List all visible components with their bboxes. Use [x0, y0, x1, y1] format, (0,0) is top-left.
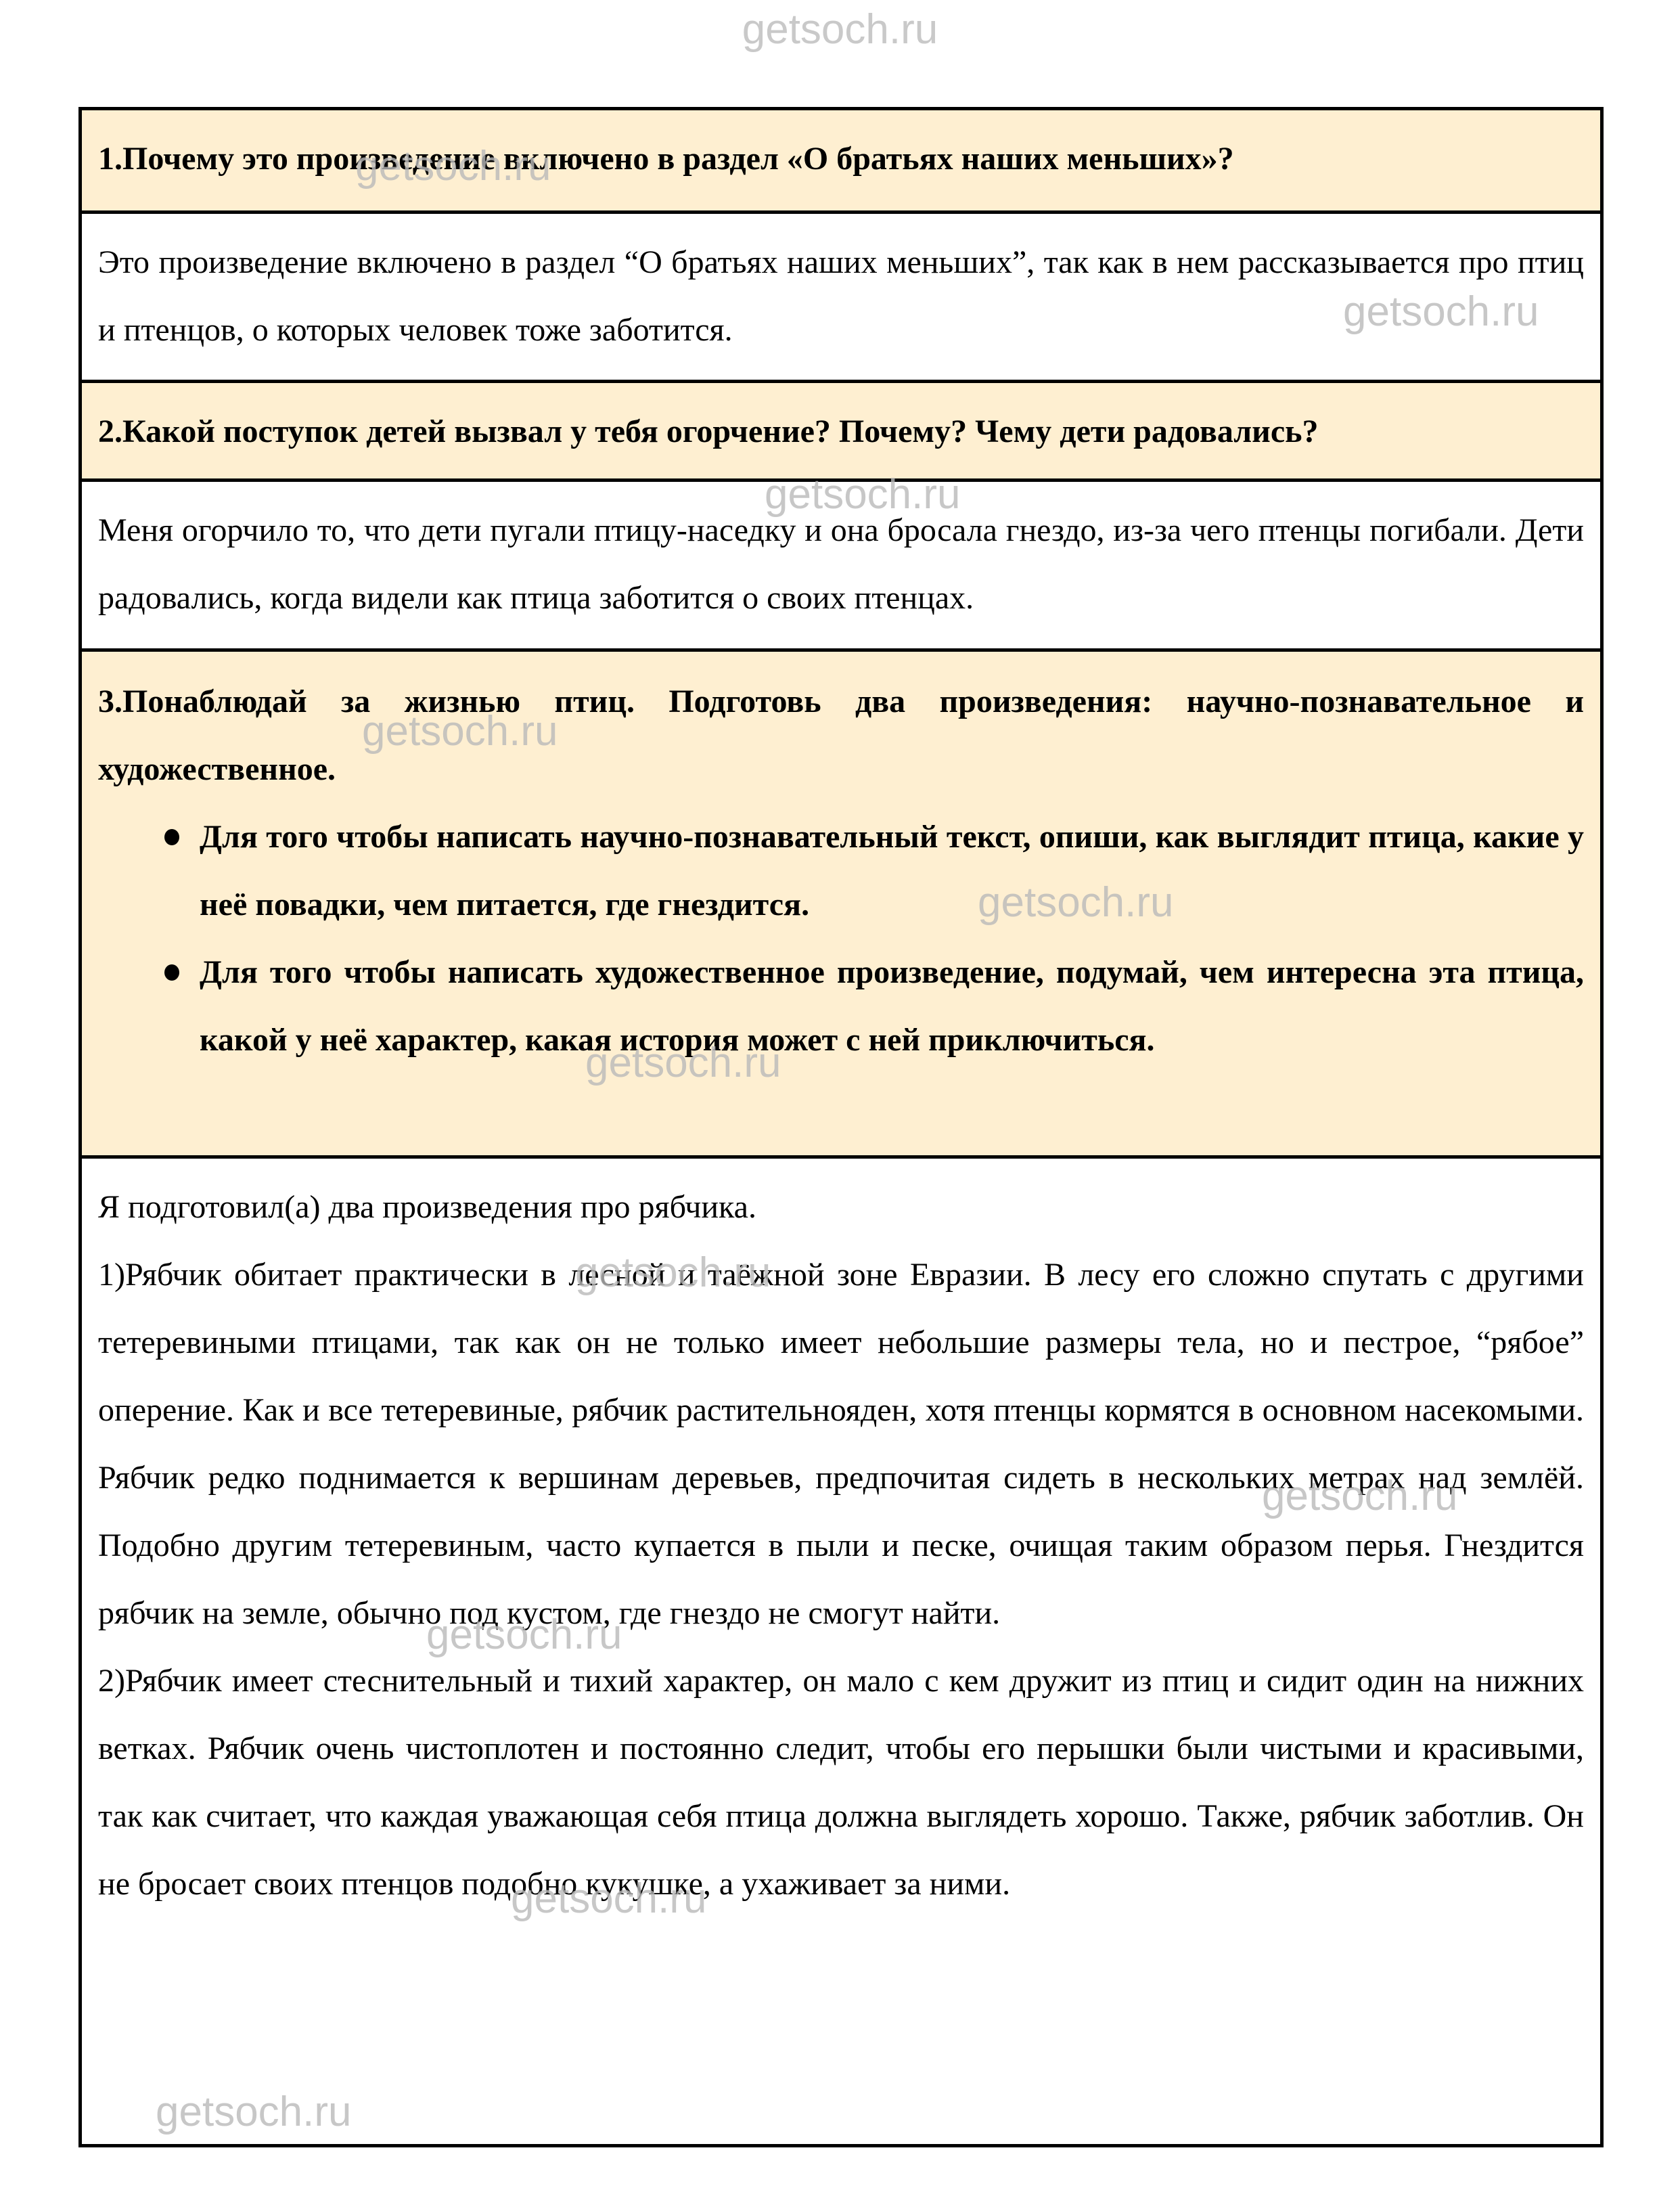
answer-row-1: Это произведение включено в раздел “О бр… — [82, 210, 1600, 380]
answer-3-intro: Я подготовил(а) два произведения про ряб… — [98, 1174, 1584, 1241]
question-row-1: 1.Почему это произведение включено в раз… — [82, 110, 1600, 210]
question-row-2: 2.Какой поступок детей вызвал у тебя ого… — [82, 380, 1600, 478]
bullet-text: Для того чтобы написать художественное п… — [200, 954, 1584, 1058]
qa-table: 1.Почему это произведение включено в раз… — [78, 107, 1604, 2147]
watermark-header: getsoch.ru — [0, 3, 1680, 57]
question-1-text: 1.Почему это произведение включено в раз… — [98, 110, 1584, 193]
question-3-text: 3.Понаблюдай за жизнью птиц. Подготовь д… — [98, 668, 1584, 803]
bullet-icon — [164, 829, 179, 845]
question-2-text: 2.Какой поступок детей вызвал у тебя ого… — [98, 383, 1584, 466]
answer-2-text: Меня огорчило то, что дети пугали птицу-… — [98, 482, 1584, 632]
answer-3-story-1: 1)Рябчик обитает практически в лесной и … — [98, 1241, 1584, 1647]
bullet-item: Для того чтобы написать научно-познавате… — [98, 803, 1584, 939]
question-row-3: 3.Понаблюдай за жизнью птиц. Подготовь д… — [82, 648, 1600, 1155]
answer-row-3: Я подготовил(а) два произведения про ряб… — [82, 1155, 1600, 2144]
bullet-text: Для того чтобы написать научно-познавате… — [200, 819, 1584, 922]
bullet-item: Для того чтобы написать художественное п… — [98, 939, 1584, 1074]
answer-row-2: Меня огорчило то, что дети пугали птицу-… — [82, 478, 1600, 648]
question-3-block: 3.Понаблюдай за жизнью птиц. Подготовь д… — [98, 652, 1584, 1074]
answer-1-text: Это произведение включено в раздел “О бр… — [98, 214, 1584, 364]
question-3-bullets: Для того чтобы написать научно-познавате… — [98, 803, 1584, 1074]
answer-3-block: Я подготовил(а) два произведения про ряб… — [98, 1159, 1584, 1918]
bullet-icon — [164, 964, 179, 981]
answer-3-story-2: 2)Рябчик имеет стеснительный и тихий хар… — [98, 1647, 1584, 1918]
